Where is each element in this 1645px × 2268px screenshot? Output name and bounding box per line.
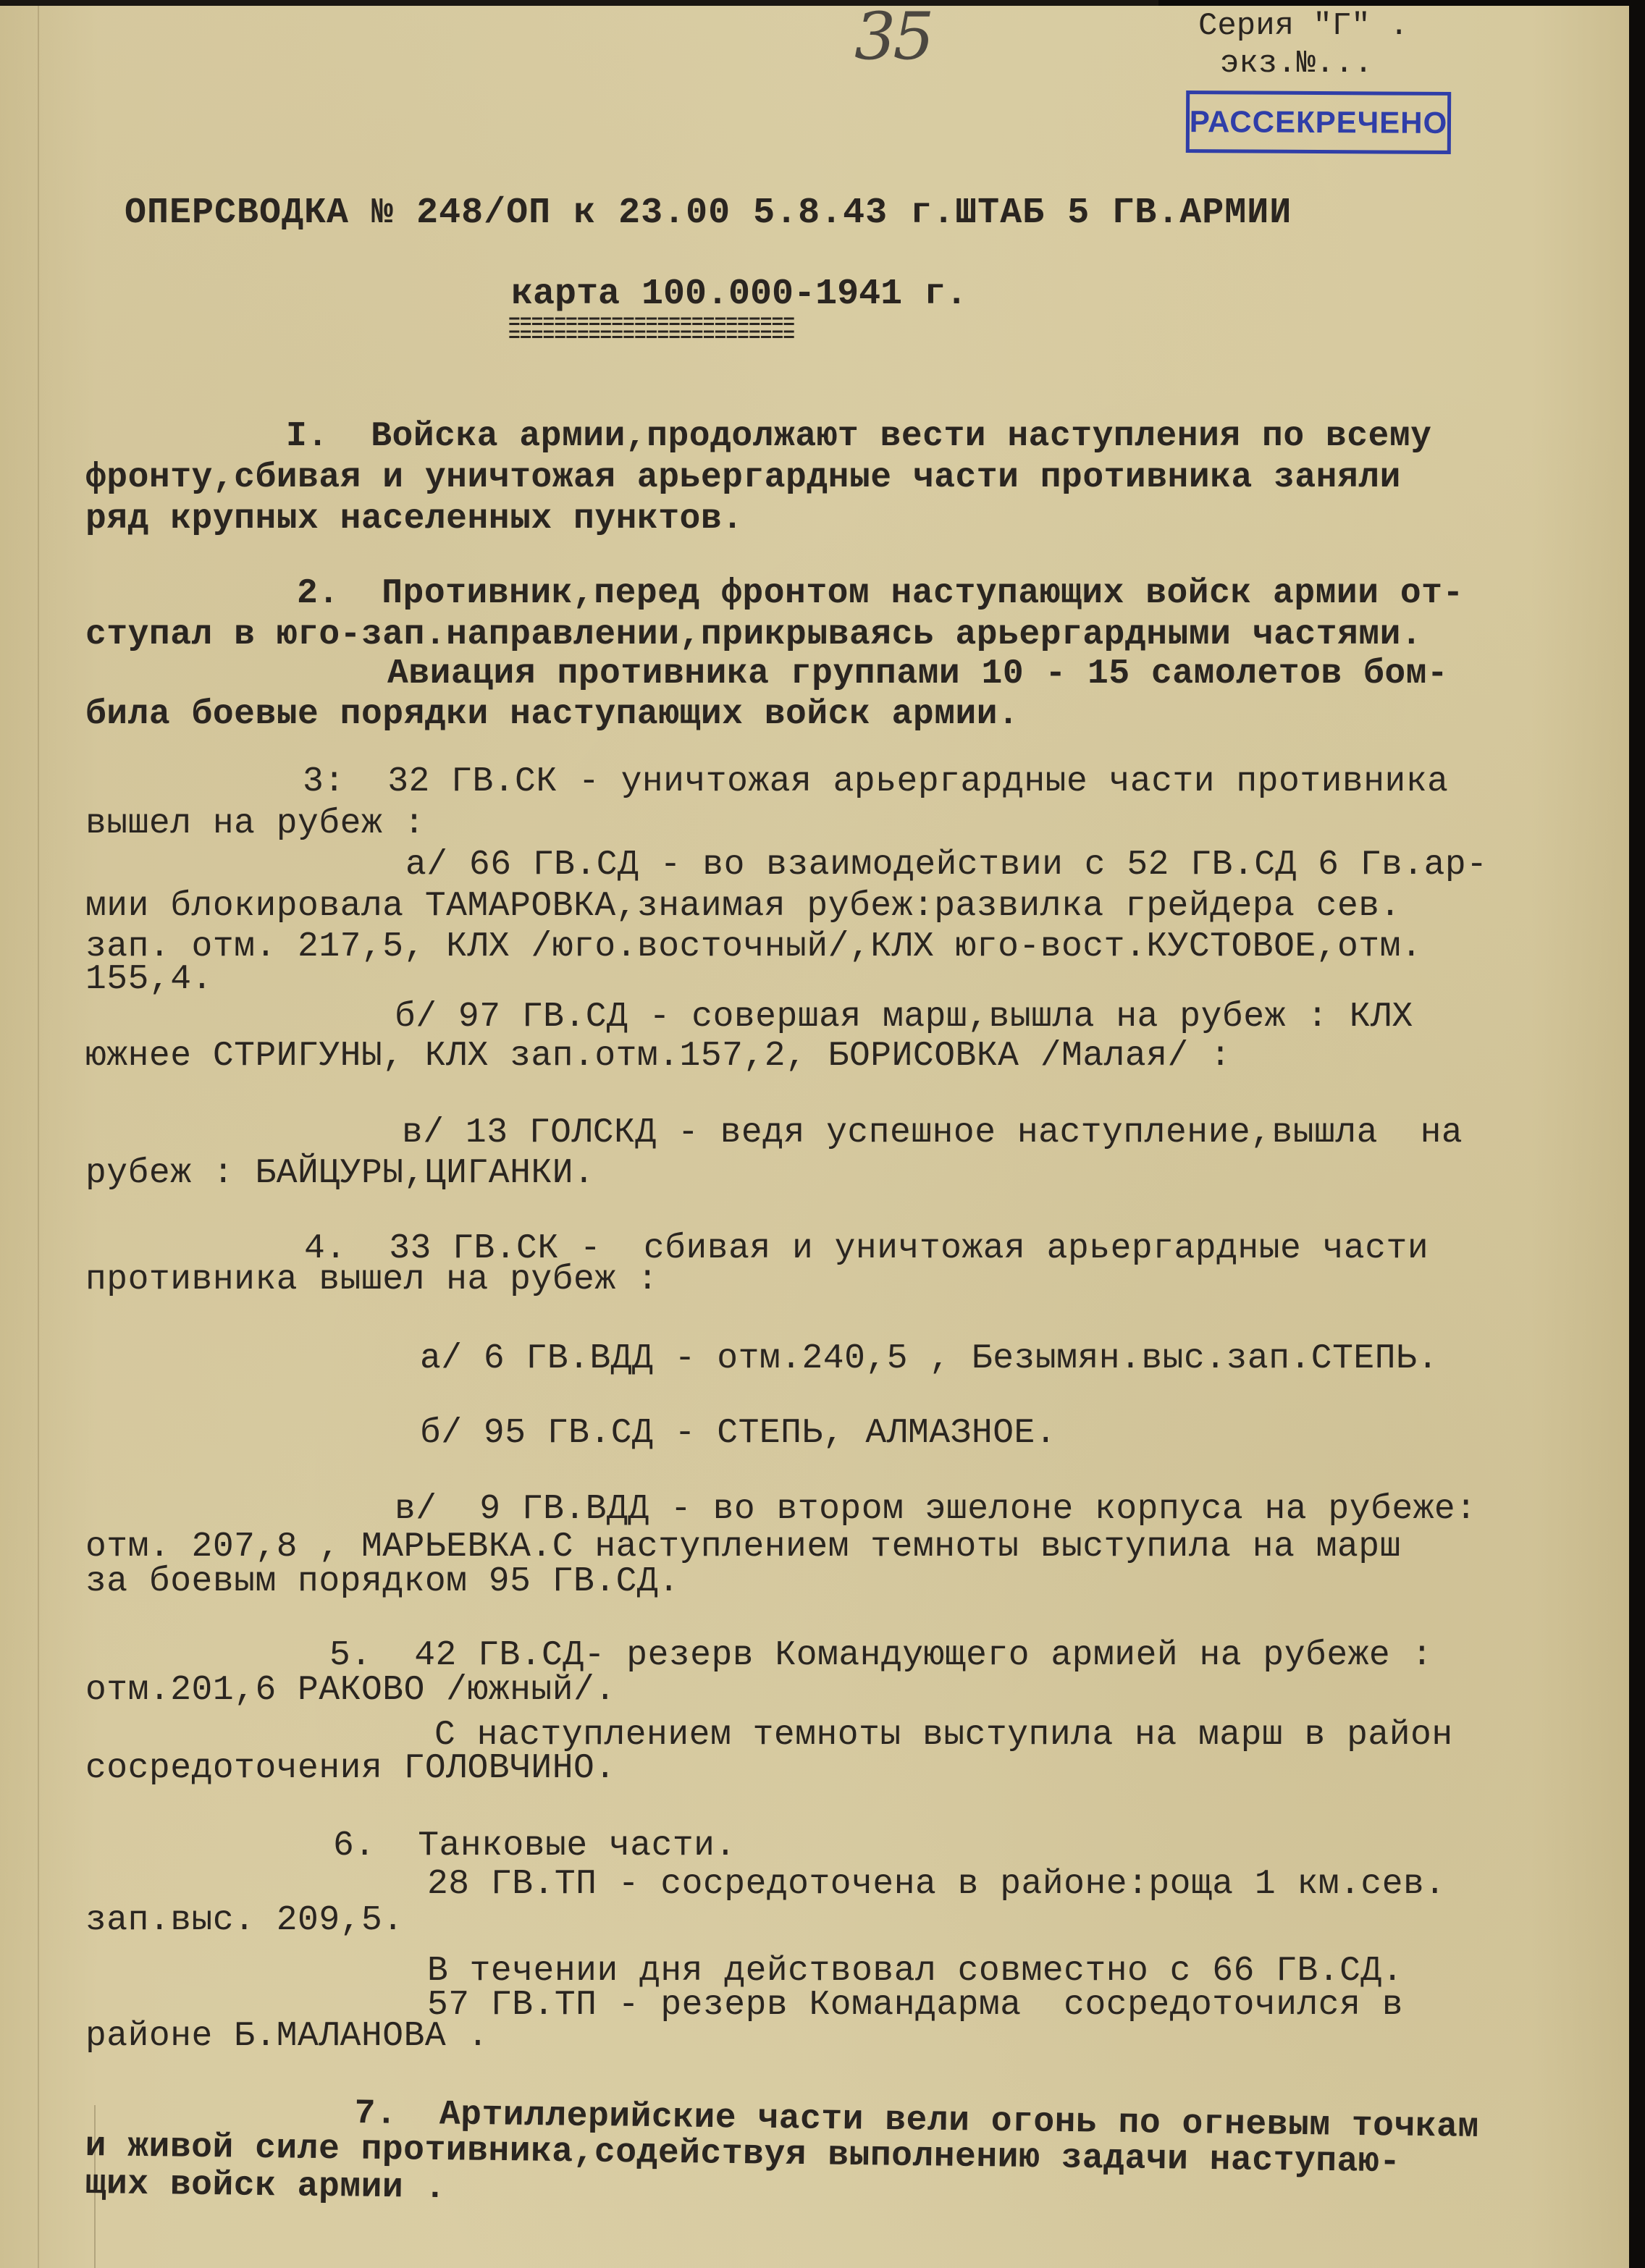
s1-line-3: ряд крупных населенных пунктов. xyxy=(85,499,743,539)
document-page: 35 Серия "Г" . экз.№... РАССЕКРЕЧЕНО ОПЕ… xyxy=(0,6,1629,2268)
s4-line-4: б/ 95 ГВ.СД - СТЕПЬ, АЛМАЗНОЕ. xyxy=(420,1414,1056,1453)
s3-line-2: вышел на рубеж : xyxy=(85,804,425,843)
fold-line xyxy=(38,6,39,2268)
s2-line-1: 2. Противник,перед фронтом наступающих в… xyxy=(297,574,1464,613)
s7-line-3: щих войск армии . xyxy=(85,2164,446,2208)
s3-line-9: в/ 13 ГОЛСКД - ведя успешное наступление… xyxy=(402,1113,1463,1152)
s6-line-1: 6. Танковые части. xyxy=(333,1826,736,1866)
s2-line-2: ступал в юго-зап.направлении,прикрываясь… xyxy=(85,615,1422,654)
archive-page-number: 35 xyxy=(854,0,932,75)
declassified-stamp: РАССЕКРЕЧЕНО xyxy=(1186,90,1451,154)
s4-line-7: за боевым порядком 95 ГВ.СД. xyxy=(85,1562,680,1601)
s4-line-6: отм. 207,8 , МАРЬЕВКА.С наступлением тем… xyxy=(85,1527,1401,1567)
s2-line-4: била боевые порядки наступающих войск ар… xyxy=(85,695,1019,734)
s5-line-1: 5. 42 ГВ.СД- резерв Командующего армией … xyxy=(329,1636,1433,1675)
s6-line-6: районе Б.МАЛАНОВА . xyxy=(85,2017,489,2056)
s6-line-5: 57 ГВ.ТП - резерв Командарма сосредоточи… xyxy=(427,1986,1424,2025)
s3-line-10: рубеж : БАЙЦУРЫ,ЦИГАНКИ. xyxy=(85,1154,594,1193)
series-label: Серия "Г" . xyxy=(1198,7,1408,45)
s5-line-4: сосредоточения ГОЛОВЧИНО. xyxy=(85,1749,616,1788)
scan-edge-top xyxy=(1158,0,1645,6)
s1-line-1: I. Войска армии,продолжают вести наступл… xyxy=(286,417,1431,456)
s1-line-2: фронту,сбивая и уничтожая арьергардные ч… xyxy=(85,458,1401,497)
s3-line-7: б/ 97 ГВ.СД - совершая марш,вышла на руб… xyxy=(395,998,1413,1037)
stamp-text: РАССЕКРЕЧЕНО xyxy=(1190,104,1448,140)
document-subtitle: карта 100.000-1941 г. xyxy=(511,274,967,315)
s6-line-3: зап.выс. 209,5. xyxy=(85,1901,404,1940)
s2-line-3: Авиация противника группами 10 - 15 само… xyxy=(387,654,1448,694)
s3-line-3: а/ 66 ГВ.СД - во взаимодействии с 52 ГВ.… xyxy=(405,846,1488,885)
document-title: ОПЕРСВОДКА № 248/ОП к 23.00 5.8.43 г.ШТА… xyxy=(125,193,1292,234)
copy-label: экз.№... xyxy=(1198,45,1408,83)
series-block: Серия "Г" . экз.№... xyxy=(1198,7,1408,83)
s3-line-1: 3: 32 ГВ.СК - уничтожая арьергардные час… xyxy=(303,762,1448,801)
s3-line-6: 155,4. xyxy=(85,960,213,999)
s3-line-5: зап. отм. 217,5, КЛХ /юго.восточный/,КЛХ… xyxy=(85,927,1422,966)
s4-line-3: а/ 6 ГВ.ВДД - отм.240,5 , Безымян.выс.за… xyxy=(420,1339,1439,1378)
s3-line-8: южнее СТРИГУНЫ, КЛХ зап.отм.157,2, БОРИС… xyxy=(85,1037,1231,1076)
s3-line-4: мии блокировала ТАМАРОВКА,знаимая рубеж:… xyxy=(85,887,1401,926)
s5-line-2: отм.201,6 РАКОВО /южный/. xyxy=(85,1671,616,1710)
s4-line-2: противника вышел на рубеж : xyxy=(85,1260,658,1299)
s6-line-2: 28 ГВ.ТП - сосредоточена в районе:роща 1… xyxy=(427,1865,1446,1904)
s6-line-4: В течении дня действовал совместно с 66 … xyxy=(427,1952,1403,1991)
scan-edge-right xyxy=(1629,0,1645,2268)
title-underline: ========================= ==============… xyxy=(508,317,794,343)
s4-line-5: в/ 9 ГВ.ВДД - во втором эшелоне корпуса … xyxy=(395,1490,1477,1529)
